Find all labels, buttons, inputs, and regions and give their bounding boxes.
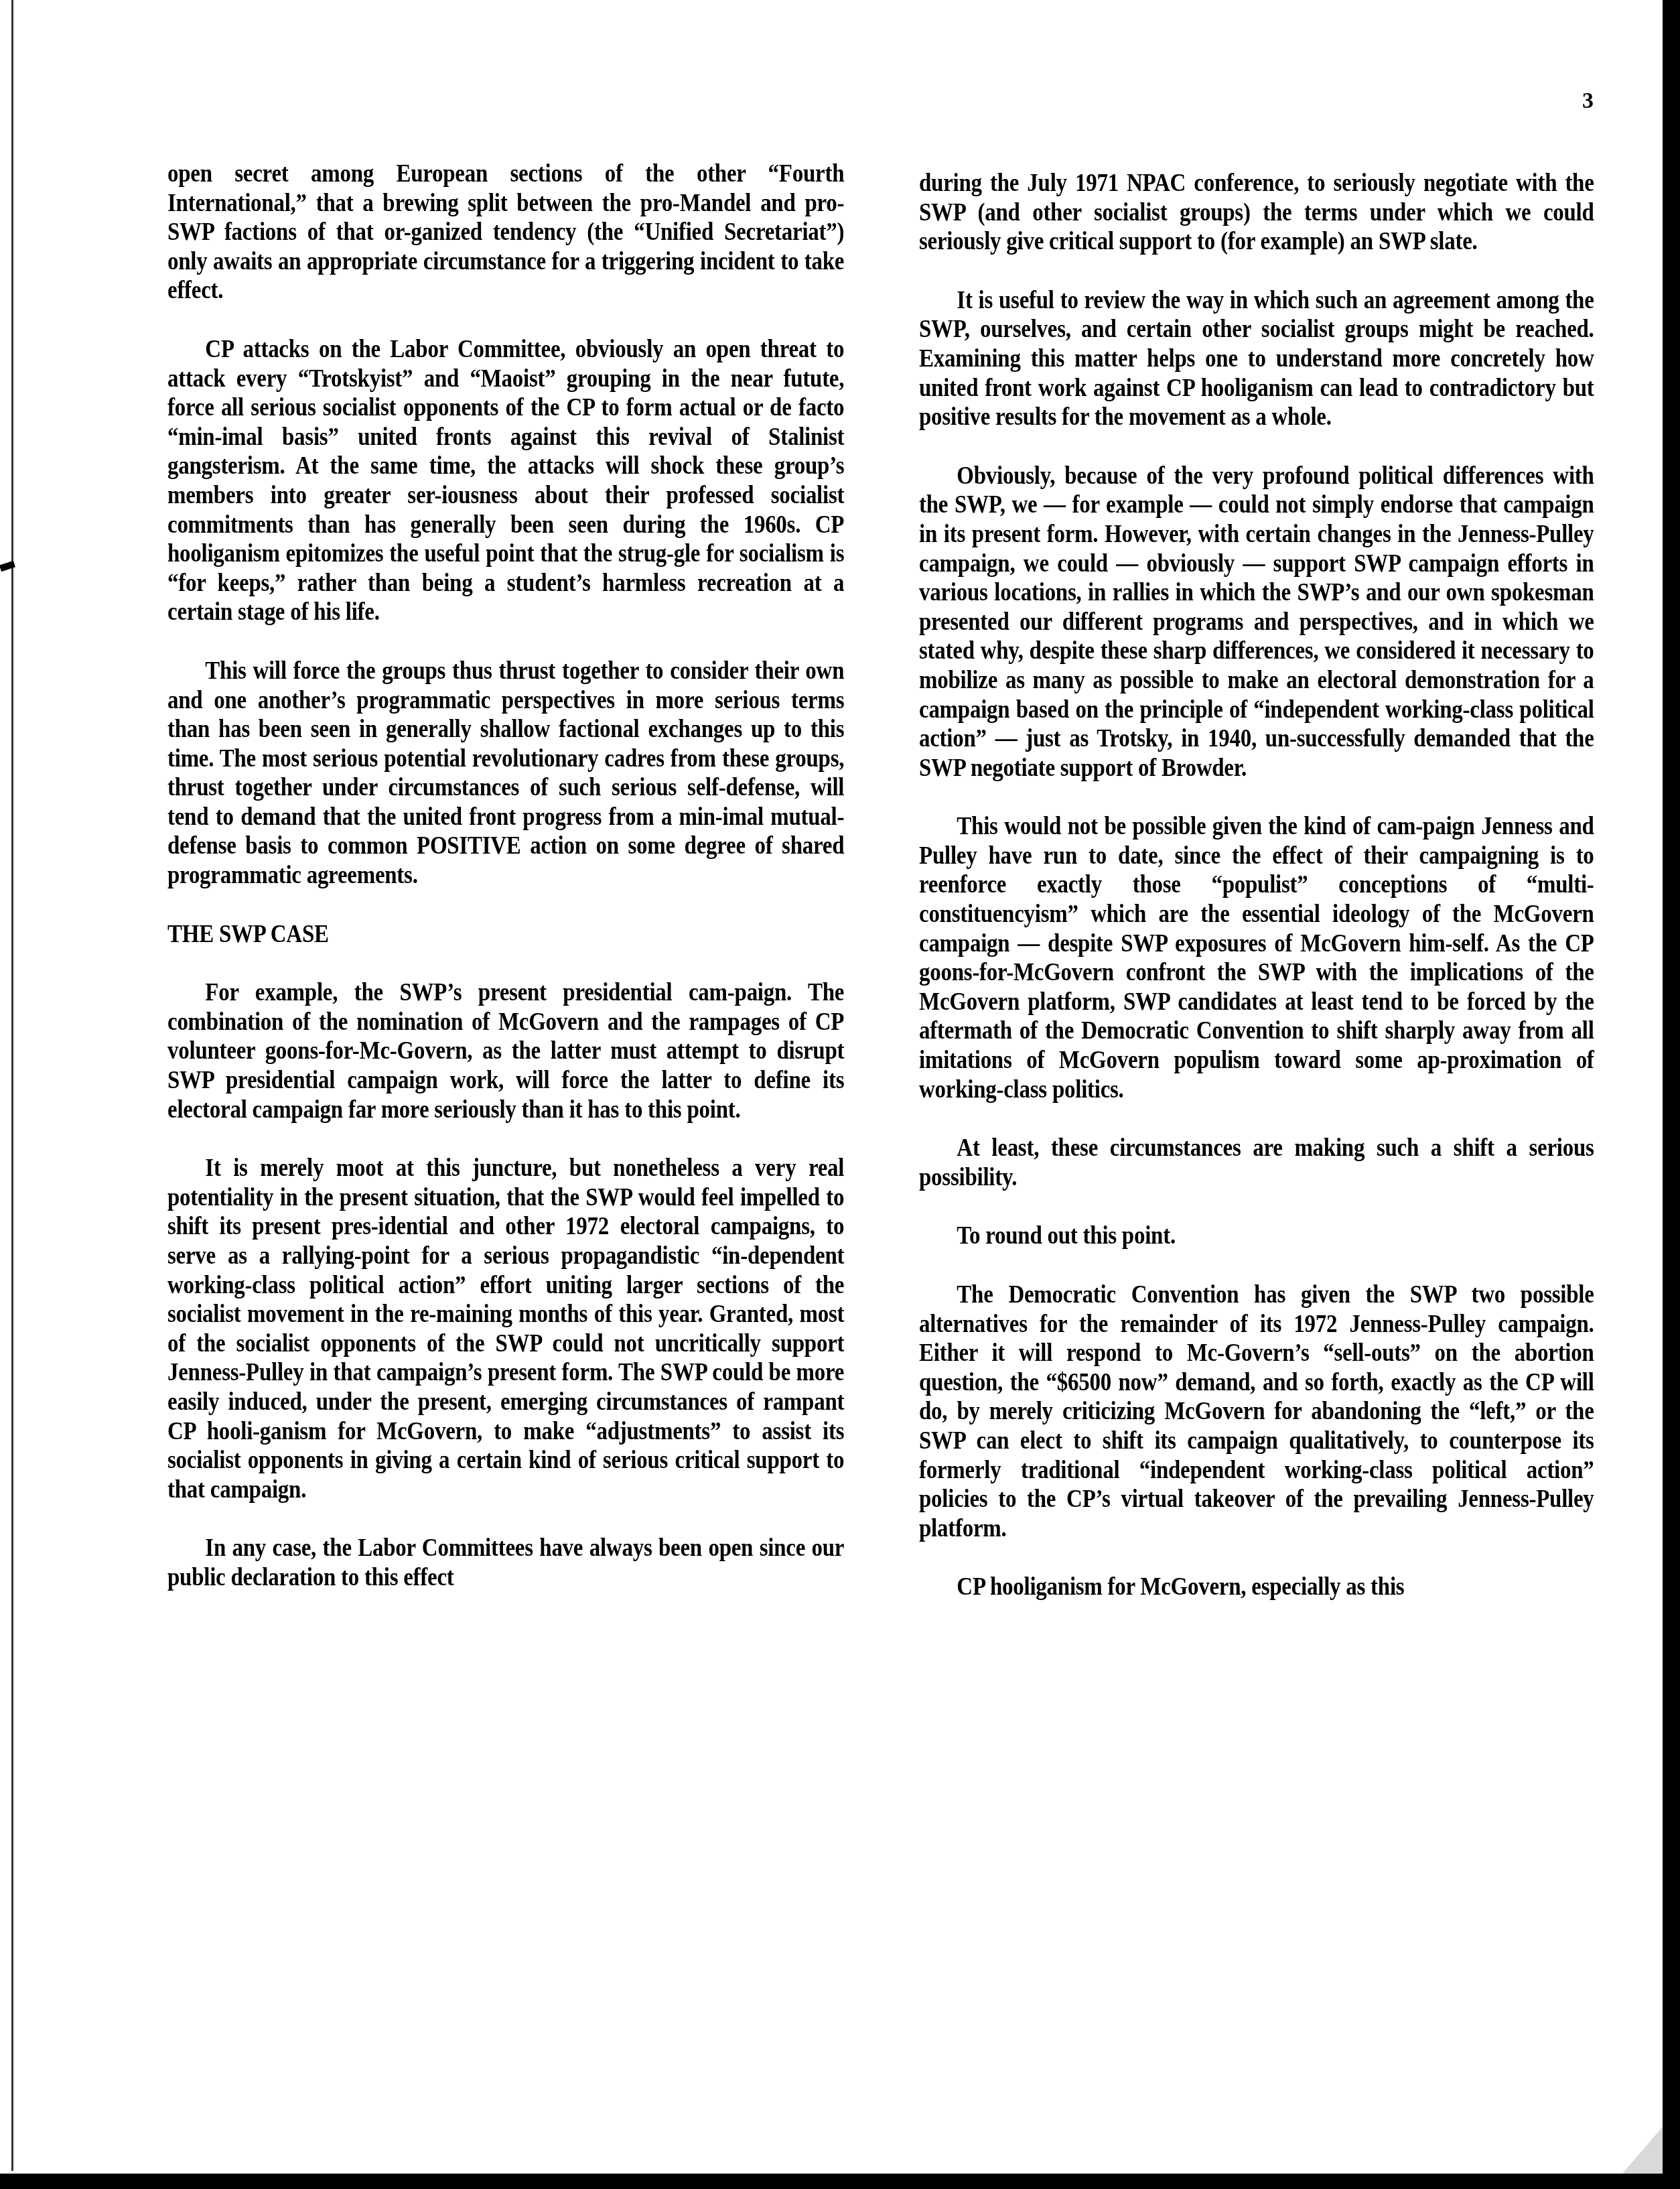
paragraph: This will force the groups thus thrust t… — [167, 657, 844, 890]
paragraph: For example, the SWP’s present president… — [167, 978, 844, 1124]
paragraph: It is useful to review the way in which … — [919, 286, 1594, 432]
section-heading: THE SWP CASE — [167, 920, 844, 949]
document-page: 3 open secret among European sections of… — [0, 0, 1680, 2189]
left-column: open secret among European sections of t… — [167, 159, 844, 1622]
paragraph: It is merely moot at this juncture, but … — [167, 1154, 844, 1504]
paragraph: To round out this point. — [919, 1221, 1594, 1251]
paragraph: This would not be possible given the kin… — [919, 812, 1594, 1104]
paragraph: during the July 1971 NPAC conference, to… — [919, 169, 1594, 257]
paragraph: CP attacks on the Labor Committee, obvio… — [167, 335, 844, 627]
right-column: during the July 1971 NPAC conference, to… — [919, 169, 1594, 1621]
paragraph: Obviously, because of the very profound … — [919, 462, 1594, 783]
paragraph: CP hooliganism for McGovern, especially … — [919, 1573, 1594, 1602]
page-corner-fold — [1622, 2127, 1663, 2174]
scan-right-border — [1663, 0, 1680, 2189]
paragraph: open secret among European sections of t… — [167, 159, 844, 306]
paragraph: At least, these circumstances are making… — [919, 1134, 1594, 1192]
paragraph: The Democratic Convention has given the … — [919, 1280, 1594, 1543]
scan-left-edge — [11, 0, 13, 2171]
paragraph: In any case, the Labor Committees have a… — [167, 1534, 844, 1592]
scan-bottom-border — [0, 2174, 1680, 2189]
page-number: 3 — [1582, 88, 1594, 114]
